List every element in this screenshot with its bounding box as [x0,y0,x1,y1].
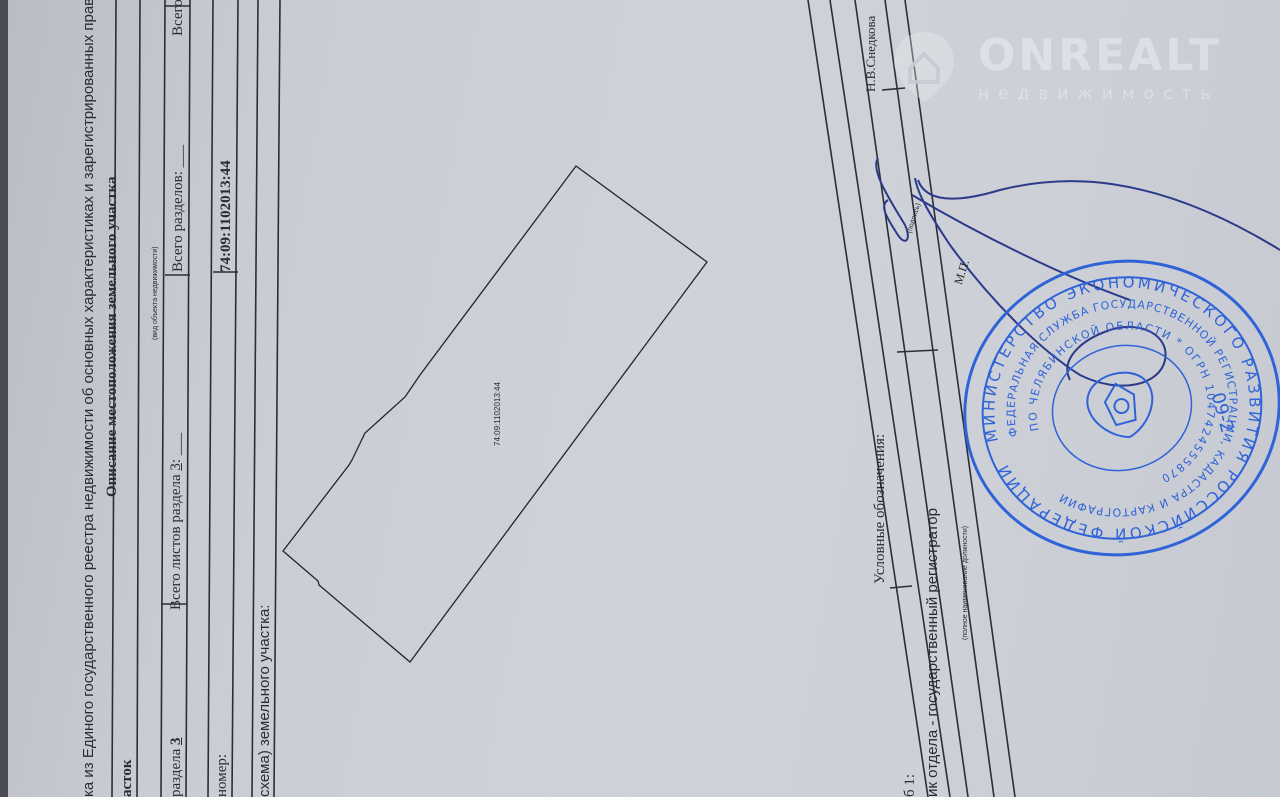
watermark-tagline: недвижимость [978,84,1219,104]
watermark-house-icon [892,28,956,104]
official-stamp: МИНИСТЕРСТВО ЭКОНОМИЧЕСКОГО РАЗВИТИЯ РОС… [962,258,1280,558]
sheet-value: 3 [168,738,184,746]
sheet-label-partial: раздела 3 [168,738,185,797]
cadastral-number: 74:09:1102013:44 [218,160,235,272]
eagle-emblem-icon [1081,366,1161,446]
legend-label: Условные обозначения: [872,434,889,584]
position-value: ик отдела - государственный регистратор [924,508,941,797]
plan-label: схема) земельного участка: [256,605,273,797]
signer-name: Н.В.Снедкова [863,16,879,92]
plot-label: 74:09:1102013:44 [493,382,502,446]
total-sections-label: Всего разделов: ___ [170,145,187,272]
watermark-brand: ONREALT [978,30,1222,81]
object-type-caption: (вид объекта недвижимости) [152,246,159,340]
section-title: Описание местоположения земельного участ… [104,177,121,498]
object-type-value: асток [119,760,136,797]
total-sheets-label-partial: Всего [170,0,187,36]
cadastral-number-label: номер: [214,754,231,797]
document-header-line: ка из Единого государственного реестра н… [80,0,97,797]
scale-label-partial: б 1: [902,774,919,797]
sheet-count-label: Всего листов раздела 3: ___ [168,433,185,610]
